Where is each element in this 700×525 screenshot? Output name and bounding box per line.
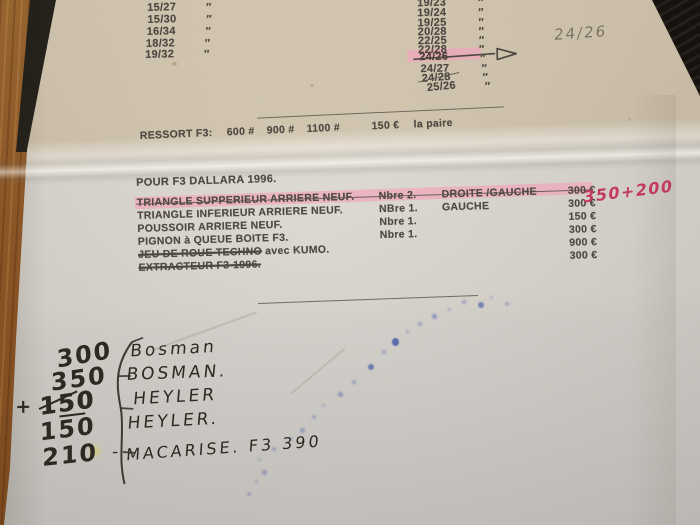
ressort-weight: 1100 # bbox=[307, 123, 341, 136]
plus-sign: + bbox=[15, 396, 31, 418]
arrow-right-drawn bbox=[413, 47, 523, 65]
ressort-price: 150 € bbox=[371, 120, 399, 133]
ratio-row: 25/26 bbox=[426, 79, 456, 94]
parts-list: POUR F3 DALLARA 1996. TRIANGLE SUPPERIEU… bbox=[133, 160, 700, 286]
ratio-row: 16/34 bbox=[147, 25, 176, 38]
gear-ratio-table: 15/27 15/30 16/34 18/32 19/32 ″ ″ ″ ″ ″ … bbox=[140, 0, 700, 125]
note-name: BOSMAN. bbox=[126, 361, 229, 385]
item-price: 150 € bbox=[552, 211, 596, 224]
item-qty: NBre 1. bbox=[379, 203, 418, 216]
pencil-note-ratio: 24/26 bbox=[553, 22, 607, 44]
note-amount: 210 bbox=[42, 438, 98, 472]
ratio-row: 19/32 bbox=[145, 48, 174, 61]
note-name: HEYLER. bbox=[127, 409, 220, 434]
section-title: POUR F3 DALLARA 1996. bbox=[136, 173, 277, 189]
handwritten-notes: 300 350 150 + 150 210 Bosman BOSMAN. HEY… bbox=[12, 330, 355, 501]
ressort-weight: 600 # bbox=[227, 126, 255, 139]
note-name: MACARISE. F3 390 bbox=[126, 431, 323, 464]
ditto-mark: ″ bbox=[485, 81, 491, 93]
item-side: GAUCHE bbox=[442, 201, 490, 214]
ratio-row: 15/27 bbox=[147, 1, 176, 14]
item-qty: Nbre 1. bbox=[379, 216, 417, 229]
ressort-label: RESSORT F3: bbox=[140, 128, 213, 143]
note-name: HEYLER bbox=[132, 385, 218, 410]
item-name-struck: EXTRACTEUR F3-1996. bbox=[138, 259, 261, 274]
item-price: 900 € bbox=[553, 237, 597, 250]
paper-right-shading bbox=[630, 95, 676, 525]
ditto-mark: ″ bbox=[204, 49, 210, 61]
ressort-weight: 900 # bbox=[267, 125, 295, 138]
item-price: 300 € bbox=[553, 250, 597, 263]
ditto-mark: ″ bbox=[206, 13, 212, 25]
item-price: 300 € bbox=[553, 224, 597, 237]
item-name-rest: avec KUMO. bbox=[262, 244, 330, 258]
ditto-mark: ″ bbox=[206, 2, 212, 14]
note-dash: - bbox=[112, 442, 121, 462]
ratio-row: 15/30 bbox=[147, 13, 176, 26]
ditto-mark: ″ bbox=[206, 26, 212, 38]
ressort-unit: la paire bbox=[413, 118, 453, 131]
item-qty: Nbre 1. bbox=[380, 229, 418, 242]
